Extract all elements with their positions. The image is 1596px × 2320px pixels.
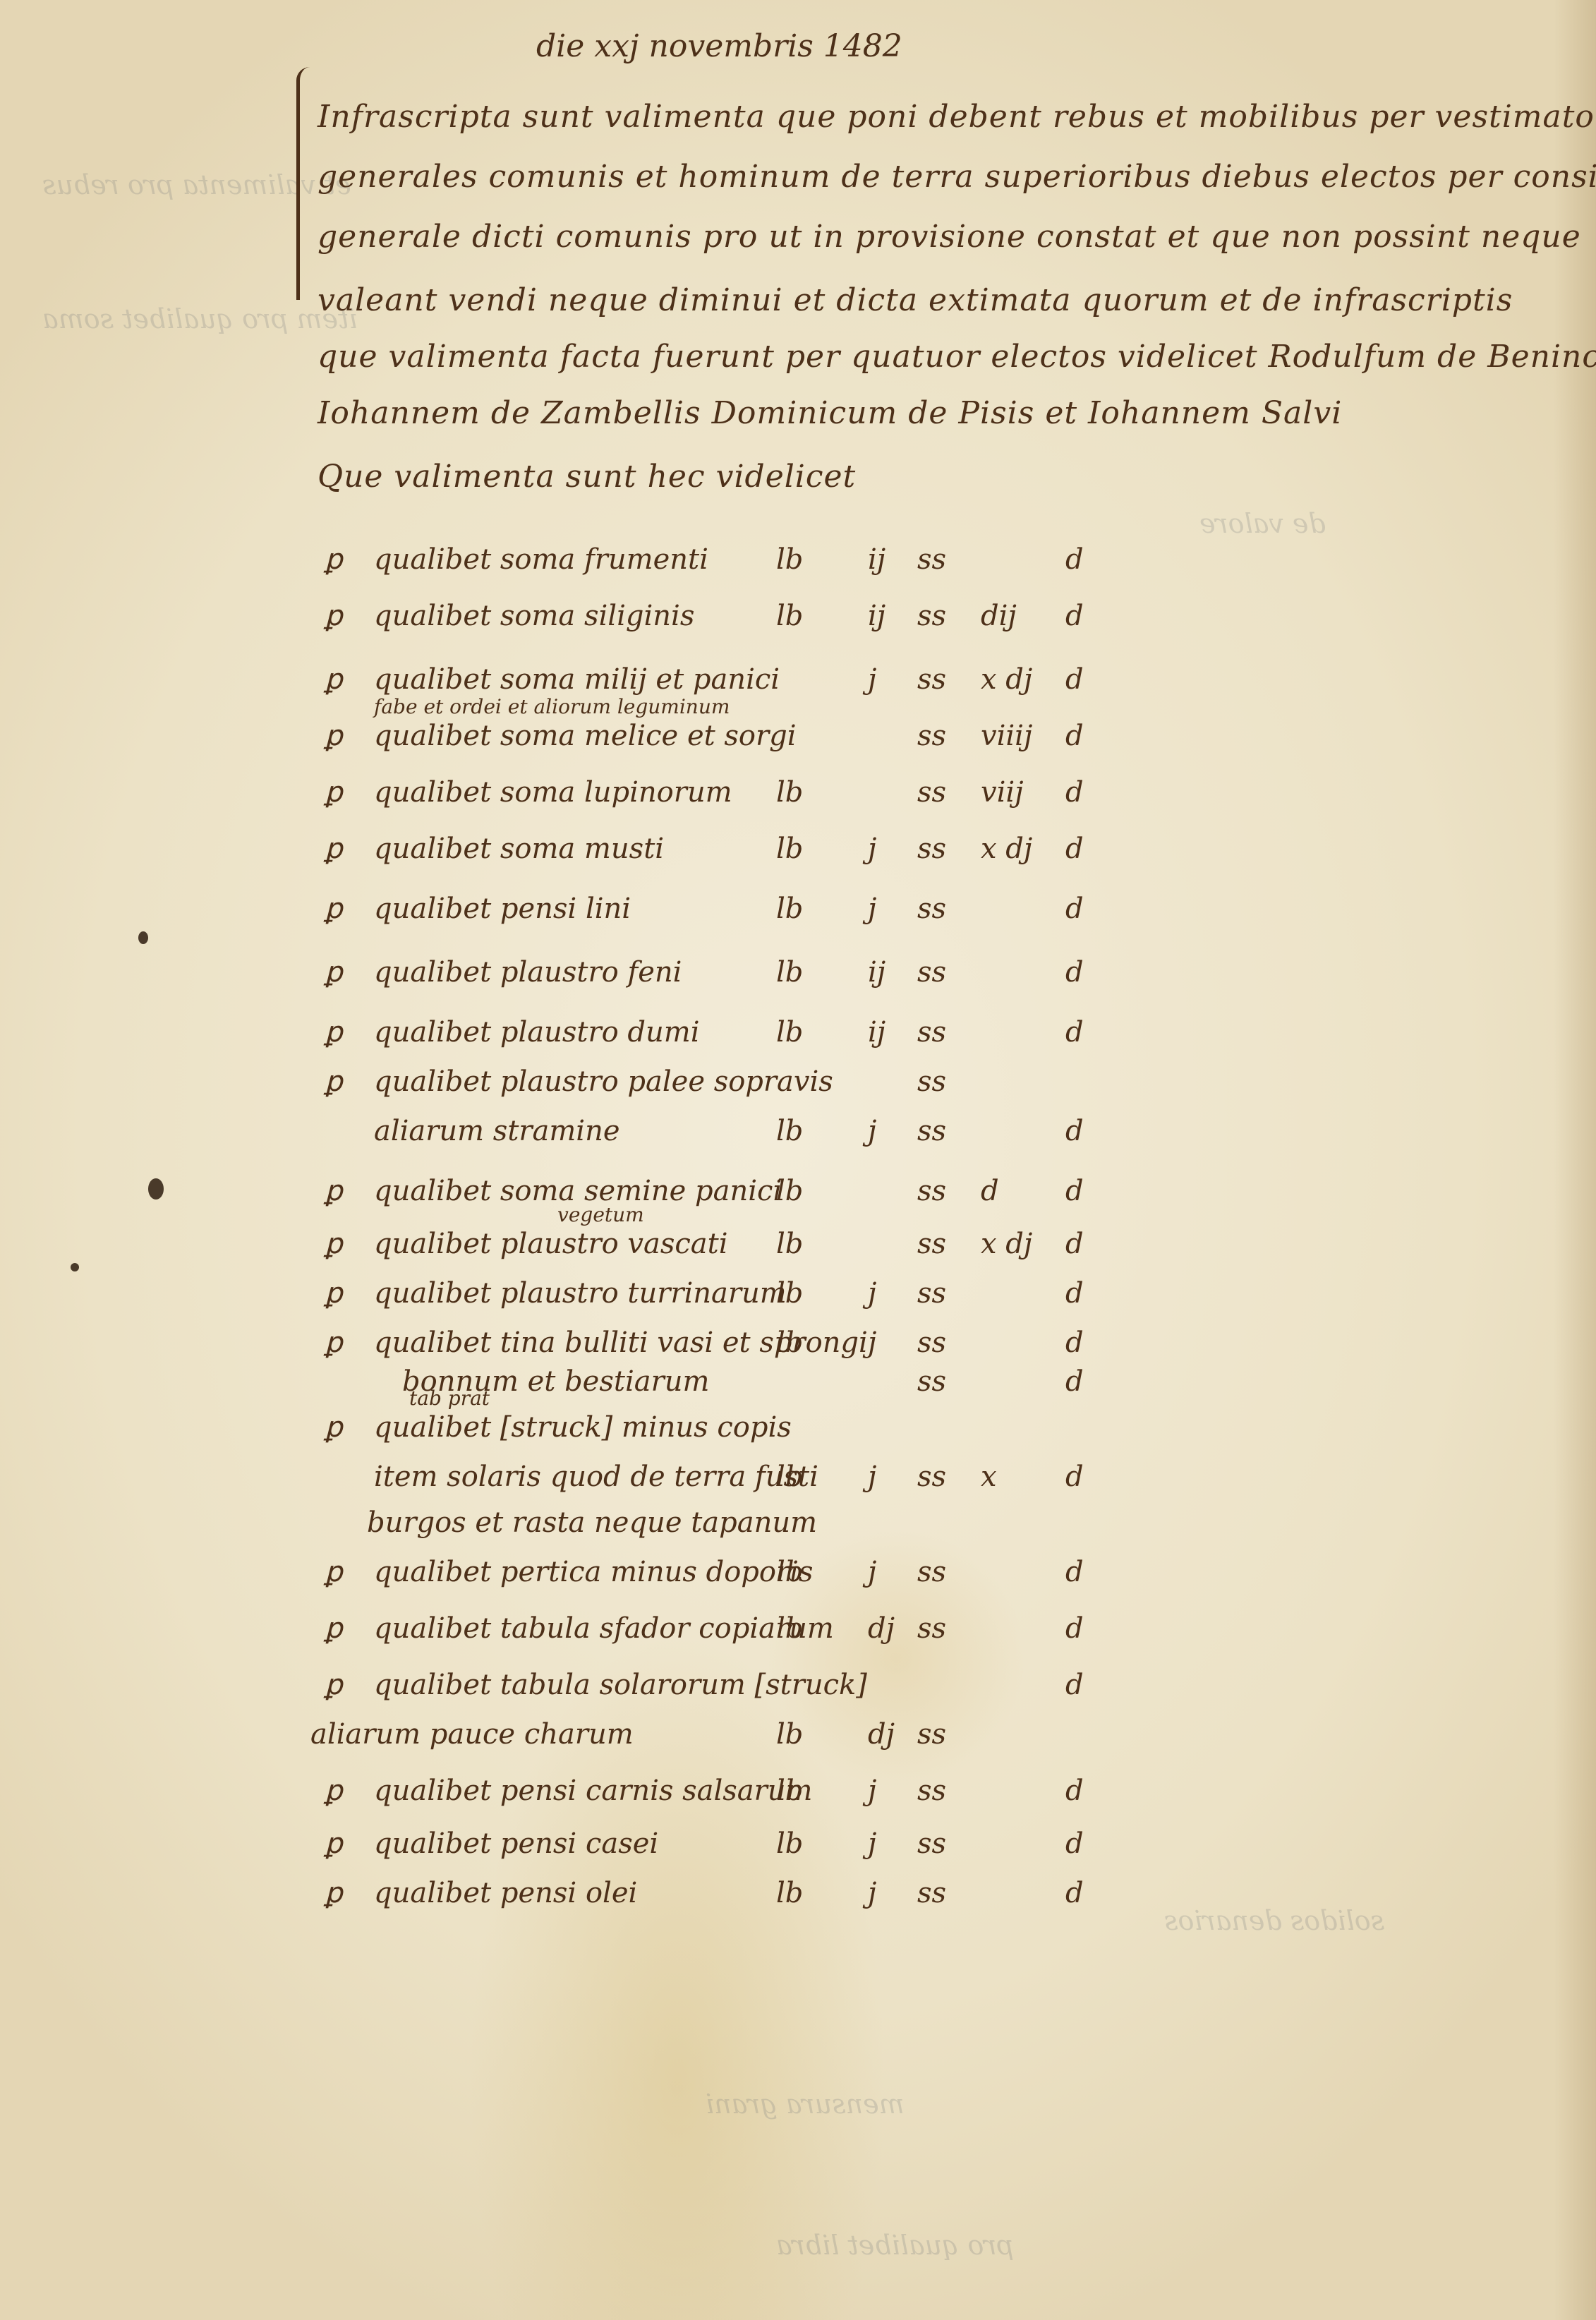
value-extra: x dj [981, 833, 1032, 865]
value-ss: ss [917, 1461, 946, 1493]
ink-spot [148, 1178, 164, 1200]
entry-text: qualibet plaustro dumi [374, 1016, 699, 1049]
entry-text: aliarum stramine [374, 1115, 620, 1147]
preamble-line: Iohannem de Zambellis Dominicum de Pisis… [318, 395, 1342, 431]
pro-abbreviation-mark: ꝑ [325, 1175, 342, 1207]
entry-row: item solaris quod de terra fustilbjssxd [310, 1461, 1228, 1503]
entry-row: aliarum straminelbjssd [310, 1115, 1228, 1157]
value-lb: lb [776, 1556, 803, 1588]
value-units: j [868, 1556, 876, 1588]
value-ss: ss [917, 1612, 946, 1645]
value-d: d [1065, 776, 1084, 809]
entry-text: qualibet soma lupinorum [374, 776, 732, 809]
pro-abbreviation-mark: ꝑ [325, 833, 342, 865]
value-d: d [1065, 1327, 1084, 1359]
value-ss: ss [917, 776, 946, 809]
entry-text: qualibet plaustro turrinarum [374, 1277, 787, 1310]
entry-row: ꝑqualibet plaustro fenilbijssd [310, 956, 1228, 998]
value-ss: ss [917, 1115, 946, 1147]
ink-spot [71, 1263, 79, 1271]
entry-text: qualibet plaustro palee sopravis [374, 1065, 833, 1098]
value-d: d [1065, 1277, 1084, 1310]
entry-text: qualibet soma melice et sorgi [374, 720, 797, 752]
entry-text: aliarum pauce charum [310, 1718, 634, 1751]
entry-text: qualibet soma frumenti [374, 543, 708, 576]
value-units: ij [868, 543, 885, 576]
value-ss: ss [917, 1277, 946, 1310]
value-lb: lb [776, 833, 803, 865]
pro-abbreviation-mark: ꝑ [325, 663, 342, 696]
value-extra: d [981, 1175, 999, 1207]
value-lb: lb [776, 543, 803, 576]
value-units: j [868, 1327, 876, 1359]
value-d: d [1065, 1115, 1084, 1147]
value-units: j [868, 663, 876, 696]
entry-text: qualibet plaustro feni [374, 956, 682, 989]
entry-text: qualibet pensi carnis salsarum [374, 1775, 812, 1807]
pro-abbreviation-mark: ꝑ [325, 1612, 342, 1645]
entry-row: ꝑqualibet pensi linilbjssd [310, 893, 1228, 935]
entry-text: qualibet pensi casei [374, 1827, 658, 1860]
entry-row: aliarum pauce charumlbdjss [310, 1718, 1228, 1760]
value-d: d [1065, 600, 1084, 632]
value-ss: ss [917, 663, 946, 696]
entry-row: ꝑqualibet soma mustilbjssx djd [310, 833, 1228, 875]
value-ss: ss [917, 1065, 946, 1098]
value-ss: ss [917, 1016, 946, 1049]
entry-text: qualibet tabula sfador copiarum [374, 1612, 834, 1645]
entry-row: ꝑqualibet soma semine panicilbssdd [310, 1175, 1228, 1217]
pro-abbreviation-mark: ꝑ [325, 1669, 342, 1701]
value-units: j [868, 1115, 876, 1147]
value-extra: dij [981, 600, 1017, 632]
value-d: d [1065, 1365, 1084, 1398]
show-through-text: mensura grani [706, 2089, 905, 2120]
preamble-line: Infrascripta sunt valimenta que poni deb… [318, 99, 1596, 135]
show-through-text: pro qualibet libra [776, 2230, 1014, 2261]
value-lb: lb [776, 1827, 803, 1860]
value-d: d [1065, 663, 1084, 696]
value-extra: viiij [981, 720, 1032, 752]
value-extra: x dj [981, 663, 1032, 696]
value-d: d [1065, 720, 1084, 752]
entry-row: ꝑqualibet soma siliginislbijssdijd [310, 600, 1228, 642]
show-through-text: item pro qualibet soma [42, 303, 357, 334]
pro-abbreviation-mark: ꝑ [325, 1065, 342, 1098]
value-ss: ss [917, 1718, 946, 1751]
value-units: dj [868, 1718, 895, 1751]
entry-text: qualibet pensi olei [374, 1877, 637, 1909]
pro-abbreviation-mark: ꝑ [325, 1016, 342, 1049]
value-units: j [868, 1277, 876, 1310]
value-ss: ss [917, 893, 946, 925]
entry-row: ꝑqualibet plaustro dumilbijssd [310, 1016, 1228, 1058]
interlinear-gloss: tab prat [409, 1386, 490, 1410]
value-lb: lb [776, 1718, 803, 1751]
value-d: d [1065, 1016, 1084, 1049]
value-d: d [1065, 1775, 1084, 1807]
entry-text: burgos et rasta neque tapanum [367, 1506, 817, 1539]
preamble-line: que valimenta facta fuerunt per quatuor … [318, 339, 1596, 375]
pro-abbreviation-mark: ꝑ [325, 956, 342, 989]
pro-abbreviation-mark: ꝑ [325, 1556, 342, 1588]
value-extra: x [981, 1461, 997, 1493]
value-units: ij [868, 600, 885, 632]
value-d: d [1065, 1669, 1084, 1701]
value-ss: ss [917, 833, 946, 865]
pro-abbreviation-mark: ꝑ [325, 600, 342, 632]
value-lb: lb [776, 1327, 803, 1359]
value-lb: lb [776, 956, 803, 989]
value-units: ij [868, 1016, 885, 1049]
entry-text: qualibet soma musti [374, 833, 664, 865]
value-lb: lb [776, 893, 803, 925]
value-ss: ss [917, 956, 946, 989]
entry-text: qualibet tabula solarorum [struck] [374, 1669, 867, 1701]
value-lb: lb [776, 1277, 803, 1310]
entry-row: ꝑqualibet soma frumentilbijssd [310, 543, 1228, 586]
value-lb: lb [776, 776, 803, 809]
entry-text: qualibet pertica minus doporis [374, 1556, 813, 1588]
entry-row: ꝑqualibet tabula sfador copiarumlbdjssd [310, 1612, 1228, 1655]
pro-abbreviation-mark: ꝑ [325, 1877, 342, 1909]
value-d: d [1065, 956, 1084, 989]
preamble-intro: Que valimenta sunt hec videlicet [318, 459, 856, 495]
entry-text: qualibet pensi lini [374, 893, 631, 925]
initial-letter-I [296, 67, 310, 300]
date-heading: die xxj novembris 1482 [536, 28, 902, 64]
entry-text: qualibet soma milij et panici [374, 663, 780, 696]
value-units: j [868, 1877, 876, 1909]
value-ss: ss [917, 543, 946, 576]
value-extra: viij [981, 776, 1024, 809]
value-d: d [1065, 1228, 1084, 1260]
value-ss: ss [917, 600, 946, 632]
entry-text: item solaris quod de terra fusti [374, 1461, 818, 1493]
value-lb: lb [776, 1115, 803, 1147]
ink-spot [138, 931, 148, 944]
entry-row: ꝑqualibet pensi caseilbjssd [310, 1827, 1228, 1870]
value-lb: lb [776, 1877, 803, 1909]
pro-abbreviation-mark: ꝑ [325, 893, 342, 925]
pro-abbreviation-mark: ꝑ [325, 1327, 342, 1359]
value-lb: lb [776, 1461, 803, 1493]
pro-abbreviation-mark: ꝑ [325, 1775, 342, 1807]
value-units: j [868, 893, 876, 925]
entry-row: ꝑqualibet plaustro palee sopravisss [310, 1065, 1228, 1108]
value-d: d [1065, 1556, 1084, 1588]
value-d: d [1065, 1612, 1084, 1645]
value-units: dj [868, 1612, 895, 1645]
value-lb: lb [776, 1775, 803, 1807]
entry-row: ꝑqualibet plaustro vascatilbssx djd [310, 1228, 1228, 1270]
value-d: d [1065, 1461, 1084, 1493]
interlinear-gloss: fabe et ordei et aliorum leguminum [374, 695, 730, 718]
pro-abbreviation-mark: ꝑ [325, 1827, 342, 1860]
pro-abbreviation-mark: ꝑ [325, 776, 342, 809]
preamble-line: generales comunis et hominum de terra su… [318, 159, 1596, 195]
value-d: d [1065, 543, 1084, 576]
pro-abbreviation-mark: ꝑ [325, 1228, 342, 1260]
value-lb: lb [776, 1612, 803, 1645]
value-d: d [1065, 1877, 1084, 1909]
value-d: d [1065, 833, 1084, 865]
value-units: j [868, 1827, 876, 1860]
interlinear-gloss: vegetum [557, 1203, 644, 1226]
value-units: j [868, 1461, 876, 1493]
pro-abbreviation-mark: ꝑ [325, 1277, 342, 1310]
entry-row: ꝑqualibet plaustro turrinarumlbjssd [310, 1277, 1228, 1319]
value-ss: ss [917, 1877, 946, 1909]
value-extra: x dj [981, 1228, 1032, 1260]
value-ss: ss [917, 1175, 946, 1207]
value-ss: ss [917, 1827, 946, 1860]
entry-text: qualibet soma siliginis [374, 600, 694, 632]
value-d: d [1065, 893, 1084, 925]
value-ss: ss [917, 1228, 946, 1260]
entry-row: ꝑqualibet soma melice et sorgissviiijd [310, 720, 1228, 762]
value-units: j [868, 1775, 876, 1807]
entry-row: ꝑqualibet tabula solarorum [struck]d [310, 1669, 1228, 1711]
value-ss: ss [917, 1775, 946, 1807]
entry-row: ꝑqualibet tina bulliti vasi et sprongilb… [310, 1327, 1228, 1369]
value-d: d [1065, 1827, 1084, 1860]
entry-row: ꝑqualibet [struck] minus copis [310, 1411, 1228, 1454]
value-units: j [868, 833, 876, 865]
value-lb: lb [776, 1228, 803, 1260]
entry-row: ꝑqualibet pensi oleilbjssd [310, 1877, 1228, 1919]
entry-row: ꝑqualibet soma lupinorumlbssviijd [310, 776, 1228, 818]
value-ss: ss [917, 720, 946, 752]
value-units: ij [868, 956, 885, 989]
entry-row: ꝑqualibet pensi carnis salsarumlbjssd [310, 1775, 1228, 1817]
value-ss: ss [917, 1327, 946, 1359]
entry-text: qualibet plaustro vascati [374, 1228, 727, 1260]
show-through-text: de valore [1199, 508, 1326, 539]
pro-abbreviation-mark: ꝑ [325, 543, 342, 576]
preamble-line: generale dicti comunis pro ut in provisi… [318, 219, 1581, 255]
value-lb: lb [776, 1175, 803, 1207]
entry-text: qualibet [struck] minus copis [374, 1411, 792, 1444]
value-ss: ss [917, 1556, 946, 1588]
entry-row: ꝑqualibet pertica minus doporislbjssd [310, 1556, 1228, 1598]
value-lb: lb [776, 1016, 803, 1049]
value-ss: ss [917, 1365, 946, 1398]
entry-row: burgos et rasta neque tapanum [310, 1506, 1228, 1549]
value-lb: lb [776, 600, 803, 632]
pro-abbreviation-mark: ꝑ [325, 720, 342, 752]
pro-abbreviation-mark: ꝑ [325, 1411, 342, 1444]
preamble-line: valeant vendi neque diminui et dicta ext… [318, 282, 1513, 318]
value-d: d [1065, 1175, 1084, 1207]
